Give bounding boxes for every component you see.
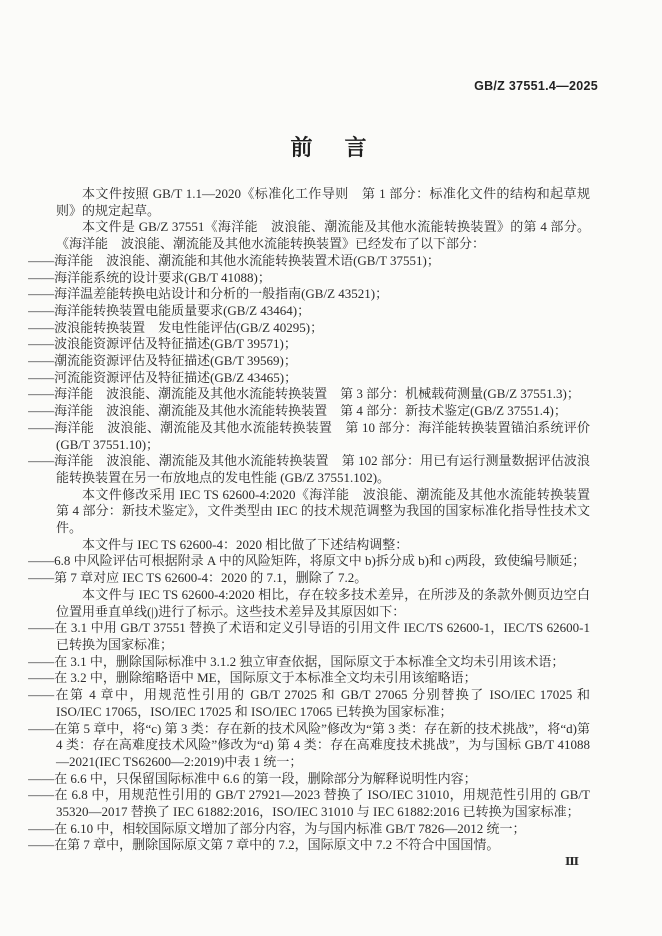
- list-item: ——在 3.1 中用 GB/T 37551 替换了术语和定义引导语的引用文件 I…: [56, 620, 590, 653]
- list-item: ——海洋能系统的设计要求(GB/T 41088)；: [56, 270, 590, 287]
- list-item: ——海洋温差能转换电站设计和分析的一般指南(GB/Z 43521)；: [56, 286, 590, 303]
- list-item: ——海洋能 波浪能、潮流能及其他水流能转换装置 第 3 部分：机械载荷测量(GB…: [56, 386, 590, 403]
- standard-number: GB/Z 37551.4—2025: [474, 79, 598, 93]
- list-item: ——6.8 中风险评估可根据附录 A 中的风险矩阵，将原文中 b)拆分成 b)和…: [56, 553, 590, 570]
- page-title: 前 言: [0, 131, 662, 162]
- paragraph: 本文件与 IEC TS 62600-4：2020 相比做了下述结构调整：: [56, 537, 590, 554]
- foreword-body: 本文件按照 GB/T 1.1—2020《标准化工作导则 第 1 部分：标准化文件…: [56, 186, 590, 854]
- list-item: ——在第 5 章中，将“c) 第 3 类：存在新的技术风险”修改为“第 3 类：…: [56, 721, 590, 771]
- list-item: ——在 6.8 中，用规范性引用的 GB/T 27921—2023 替换了 IS…: [56, 787, 590, 820]
- paragraph: 本文件是 GB/Z 37551《海洋能 波浪能、潮流能及其他水流能转换装置》的第…: [56, 219, 590, 252]
- list-item: ——波浪能转换装置 发电性能评估(GB/Z 40295)；: [56, 320, 590, 337]
- list-item: ——海洋能 波浪能、潮流能和其他水流能转换装置术语(GB/T 37551)；: [56, 253, 590, 270]
- list-item: ——河流能资源评估及特征描述(GB/Z 43465)；: [56, 370, 590, 387]
- list-item: ——在第 4 章中，用规范性引用的 GB/T 27025 和 GB/T 2706…: [56, 687, 590, 720]
- list-item: ——在 3.2 中，删除缩略语中 ME，国际原文于本标准全文均未引用该缩略语；: [56, 670, 590, 687]
- list-item: ——在 6.10 中，相较国际原文增加了部分内容，为与国内标准 GB/T 782…: [56, 821, 590, 838]
- list-item: ——潮流能资源评估及特征描述(GB/T 39569)；: [56, 353, 590, 370]
- list-item: ——在 6.6 中，只保留国际标准中 6.6 的第一段，删除部分为解释说明性内容…: [56, 771, 590, 788]
- list-item: ——海洋能 波浪能、潮流能及其他水流能转换装置 第 102 部分：用已有运行测量…: [56, 453, 590, 486]
- document-page: GB/Z 37551.4—2025 前 言 本文件按照 GB/T 1.1—202…: [0, 0, 662, 936]
- list-item: ——在第 7 章中，删除国际原文第 7 章中的 7.2，国际原文中 7.2 不符…: [56, 837, 590, 854]
- list-item: ——海洋能转换装置电能质量要求(GB/Z 43464)；: [56, 303, 590, 320]
- list-item: ——第 7 章对应 IEC TS 62600-4：2020 的 7.1，删除了 …: [56, 570, 590, 587]
- list-item: ——波浪能资源评估及特征描述(GB/T 39571)；: [56, 336, 590, 353]
- list-item: ——海洋能 波浪能、潮流能及其他水流能转换装置 第 4 部分：新技术鉴定(GB/…: [56, 403, 590, 420]
- page-number: Ⅲ: [565, 854, 579, 868]
- paragraph: 本文件与 IEC TS 62600-4:2020 相比，存在较多技术差异，在所涉…: [56, 587, 590, 620]
- paragraph: 本文件按照 GB/T 1.1—2020《标准化工作导则 第 1 部分：标准化文件…: [56, 186, 590, 219]
- list-item: ——在 3.1 中，删除国际标准中 3.1.2 独立审查依据，国际原文于本标准全…: [56, 654, 590, 671]
- paragraph: 本文件修改采用 IEC TS 62600-4:2020《海洋能 波浪能、潮流能及…: [56, 487, 590, 537]
- list-item: ——海洋能 波浪能、潮流能及其他水流能转换装置 第 10 部分：海洋能转换装置锚…: [56, 420, 590, 453]
